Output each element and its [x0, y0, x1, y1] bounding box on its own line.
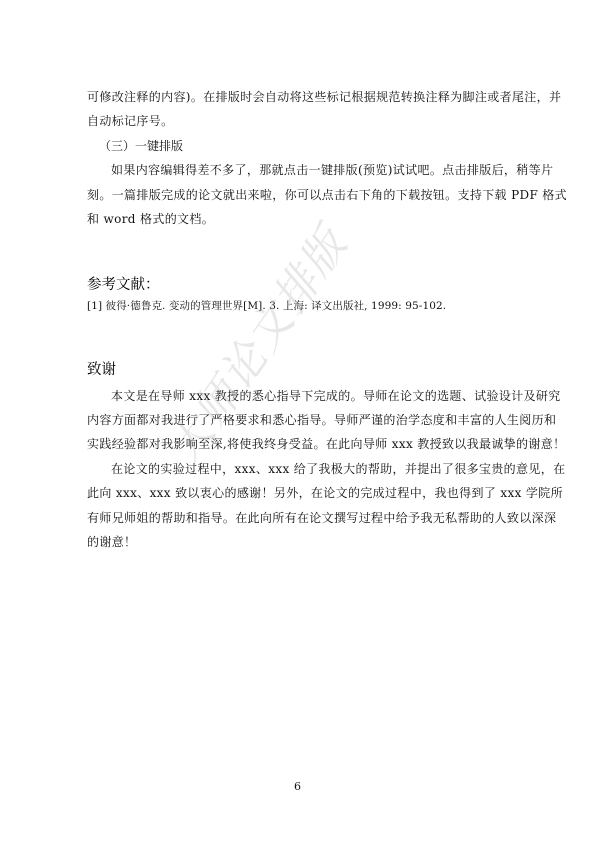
ack-p2-line-4: 的谢意！ [87, 534, 511, 550]
ack-p2-line-2: 此向 xxx、xxx 致以衷心的感谢！另外，在论文的完成过程中，我也得到了 xx… [87, 485, 511, 501]
acknowledgements-heading: 致谢 [87, 361, 116, 379]
subsection-line-1: 如果内容编辑得差不多了，那就点击一键排版(预览)试试吧。点击排版后，稍等片 [111, 162, 535, 178]
intro-line-1: 可修改注释的内容)。在排版时会自动将这些标记根据规范转换注释为脚注或者尾注，并 [87, 89, 511, 105]
ack-p1-line-3: 实践经验都对我影响至深,将使我终身受益。在此向导师 xxx 教授致以我最诚挚的谢… [87, 436, 511, 452]
subsection-heading: （三）一键排版 [99, 138, 183, 154]
ack-p1-line-1: 本文是在导师 xxx 教授的悉心指导下完成的。导师在论文的选题、试验设计及研究 [111, 388, 535, 404]
page-number: 6 [0, 780, 595, 794]
ack-p2-line-1: 在论文的实验过程中，xxx、xxx 给了我极大的帮助，并提出了很多宝贵的意见，在 [111, 461, 535, 477]
document-page: 可修改注释的内容)。在排版时会自动将这些标记根据规范转换注释为脚注或者尾注，并 … [0, 0, 595, 842]
subsection-line-2: 刻。一篇排版完成的论文就出来啦，你可以点击右下角的下载按钮。支持下载 PDF 格… [87, 187, 511, 203]
intro-line-2: 自动标记序号。 [87, 113, 511, 129]
ack-p2-line-3: 有师兄师姐的帮助和指导。在此向所有在论文撰写过程中给予我无私帮助的人致以深深 [87, 510, 511, 526]
references-heading: 参考文献： [87, 276, 160, 294]
ack-p1-line-2: 内容方面都对我进行了严格要求和悉心指导。导师严谨的治学态度和丰富的人生阅历和 [87, 412, 511, 428]
subsection-line-3: 和 word 格式的文档。 [87, 211, 511, 227]
reference-item-1: [1] 彼得·德鲁克. 变动的管理世界[M]. 3. 上海: 译文出版社, 19… [87, 299, 446, 313]
